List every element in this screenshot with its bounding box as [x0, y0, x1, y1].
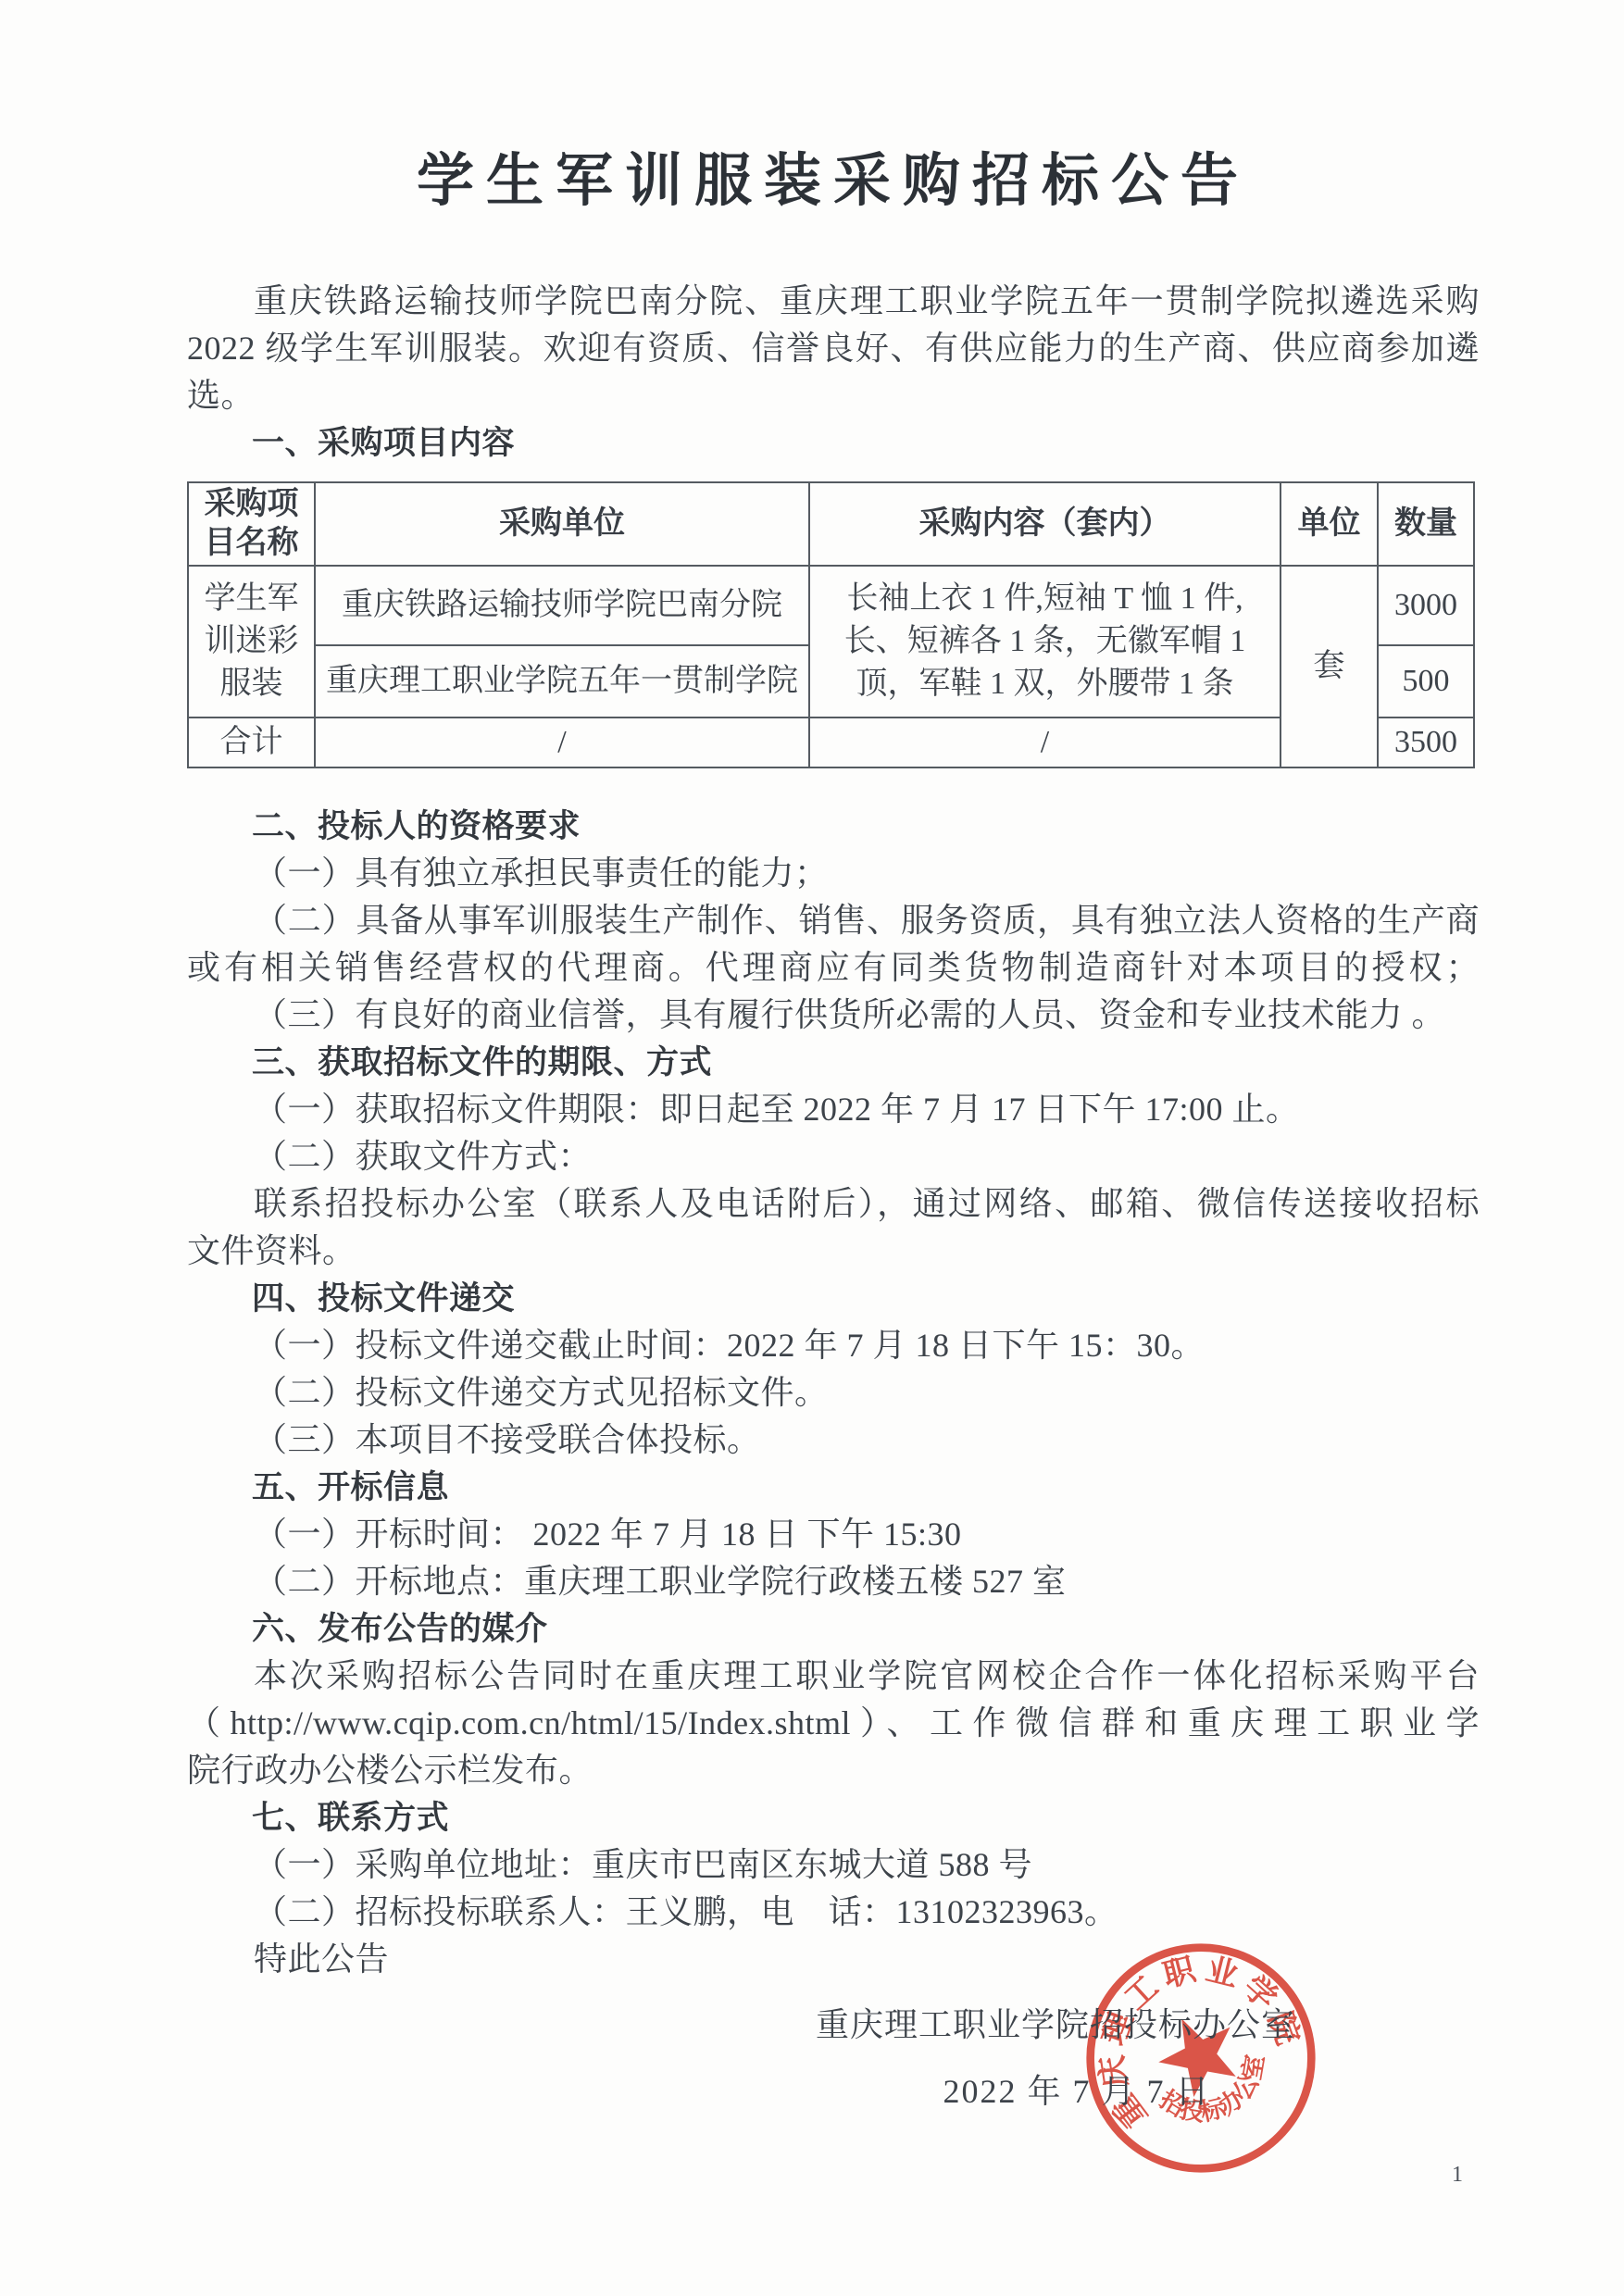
intro-paragraph: 重庆铁路运输技师学院巴南分院、重庆理工职业学院五年一贯制学院拟遴选采购 2022… [187, 278, 1480, 419]
body-paragraph: 院行政办公楼公示栏发布。 [187, 1747, 1480, 1794]
header-unit: 单位 [1280, 482, 1378, 566]
footer-date: 2022 年 7 月 7 日 [815, 2068, 1296, 2115]
body-paragraph: （http://www.cqip.com.cn/html/15/Index.sh… [187, 1700, 1480, 1747]
document-content: 学生军训服装采购招标公告 重庆铁路运输技师学院巴南分院、重庆理工职业学院五年一贯… [187, 0, 1480, 1983]
scanned-document-page: 学生军训服装采购招标公告 重庆铁路运输技师学院巴南分院、重庆理工职业学院五年一贯… [0, 0, 1624, 2296]
cell-qty-2: 500 [1378, 645, 1474, 717]
body-paragraph: （二）投标文件递交方式见招标文件。 [187, 1369, 1480, 1416]
body-paragraph: （三）本项目不接受联合体投标。 [187, 1416, 1480, 1464]
body-paragraph: （二）获取文件方式： [187, 1133, 1480, 1180]
cell-qty-total: 3500 [1378, 717, 1474, 767]
cell-total-content-slash: / [809, 717, 1280, 767]
section-heading-5: 五、开标信息 [187, 1464, 1480, 1511]
body-paragraph: 本次采购招标公告同时在重庆理工职业学院官网校企合作一体化招标采购平台 [187, 1653, 1480, 1700]
cell-unit-2: 重庆理工职业学院五年一贯制学院 [315, 645, 809, 717]
cell-unit-1: 重庆铁路运输技师学院巴南分院 [315, 566, 809, 645]
footer-signature: 重庆理工职业学院招投标办公室 2022 年 7 月 7 日 [815, 2002, 1296, 2115]
body-paragraph: （一）投标文件递交截止时间：2022 年 7 月 18 日下午 15：30。 [187, 1322, 1480, 1369]
body-paragraph: 联系招投标办公室（联系人及电话附后），通过网络、邮箱、微信传送接收招标 [187, 1180, 1480, 1228]
header-quantity: 数量 [1378, 482, 1474, 566]
section-heading-1: 一、采购项目内容 [187, 419, 1480, 467]
body-paragraph: 文件资料。 [187, 1228, 1480, 1275]
intro-line: 重庆铁路运输技师学院巴南分院、重庆理工职业学院五年一贯制学院拟遴选采购 [187, 278, 1480, 325]
header-content: 采购内容（套内） [809, 482, 1280, 566]
table-header-row: 采购项目名称 采购单位 采购内容（套内） 单位 数量 [188, 482, 1474, 566]
procurement-table: 采购项目名称 采购单位 采购内容（套内） 单位 数量 学生军训迷彩服装 重庆铁路… [187, 481, 1475, 768]
body-paragraph: （一）开标时间： 2022 年 7 月 18 日 下午 15:30 [187, 1511, 1480, 1558]
section-heading-6: 六、发布公告的媒介 [187, 1605, 1480, 1653]
body-paragraph: （二）开标地点：重庆理工职业学院行政楼五楼 527 室 [187, 1558, 1480, 1605]
body-paragraph: （三）有良好的商业信誉，具有履行供货所必需的人员、资金和专业技术能力 。 [187, 992, 1480, 1039]
section-heading-4: 四、投标文件递交 [187, 1275, 1480, 1322]
body-paragraph: （一）采购单位地址：重庆市巴南区东城大道 588 号 [187, 1841, 1480, 1889]
cell-total-unit-slash: / [315, 717, 809, 767]
section-heading-3: 三、获取招标文件的期限、方式 [187, 1039, 1480, 1086]
table-row: 学生军训迷彩服装 重庆铁路运输技师学院巴南分院 长袖上衣 1 件,短袖 T 恤 … [188, 566, 1474, 645]
document-title: 学生军训服装采购招标公告 [187, 139, 1480, 224]
cell-total-label: 合计 [188, 717, 315, 767]
section-heading-2: 二、投标人的资格要求 [187, 803, 1480, 850]
body-paragraph: （二）招标投标联系人：王义鹏，电 话：13102323963。 [187, 1889, 1480, 1936]
section-heading-7: 七、联系方式 [187, 1794, 1480, 1841]
header-project-name: 采购项目名称 [188, 482, 315, 566]
body-paragraph: （一）获取招标文件期限：即日起至 2022 年 7 月 17 日下午 17:00… [187, 1086, 1480, 1133]
document-body: 二、投标人的资格要求 （一）具有独立承担民事责任的能力； （二）具备从事军训服装… [187, 803, 1480, 1983]
intro-line: 选。 [187, 372, 1480, 419]
cell-content: 长袖上衣 1 件,短袖 T 恤 1 件,长、短裤各 1 条，无徽军帽 1 顶，军… [809, 566, 1280, 717]
cell-project-name: 学生军训迷彩服装 [188, 566, 315, 717]
body-paragraph: （一）具有独立承担民事责任的能力； [187, 850, 1480, 897]
intro-line: 2022 级学生军训服装。欢迎有资质、信誉良好、有供应能力的生产商、供应商参加遴 [187, 325, 1480, 372]
cell-qty-1: 3000 [1378, 566, 1474, 645]
header-purchase-unit: 采购单位 [315, 482, 809, 566]
body-paragraph: （二）具备从事军训服装生产制作、销售、服务资质，具有独立法人资格的生产商 [187, 897, 1480, 944]
cell-unit-measure: 套 [1280, 566, 1378, 767]
page-number: 1 [1452, 2163, 1463, 2188]
footer-org: 重庆理工职业学院招投标办公室 [815, 2002, 1296, 2048]
body-paragraph: 或有相关销售经营权的代理商。代理商应有同类货物制造商针对本项目的授权； [187, 944, 1480, 992]
